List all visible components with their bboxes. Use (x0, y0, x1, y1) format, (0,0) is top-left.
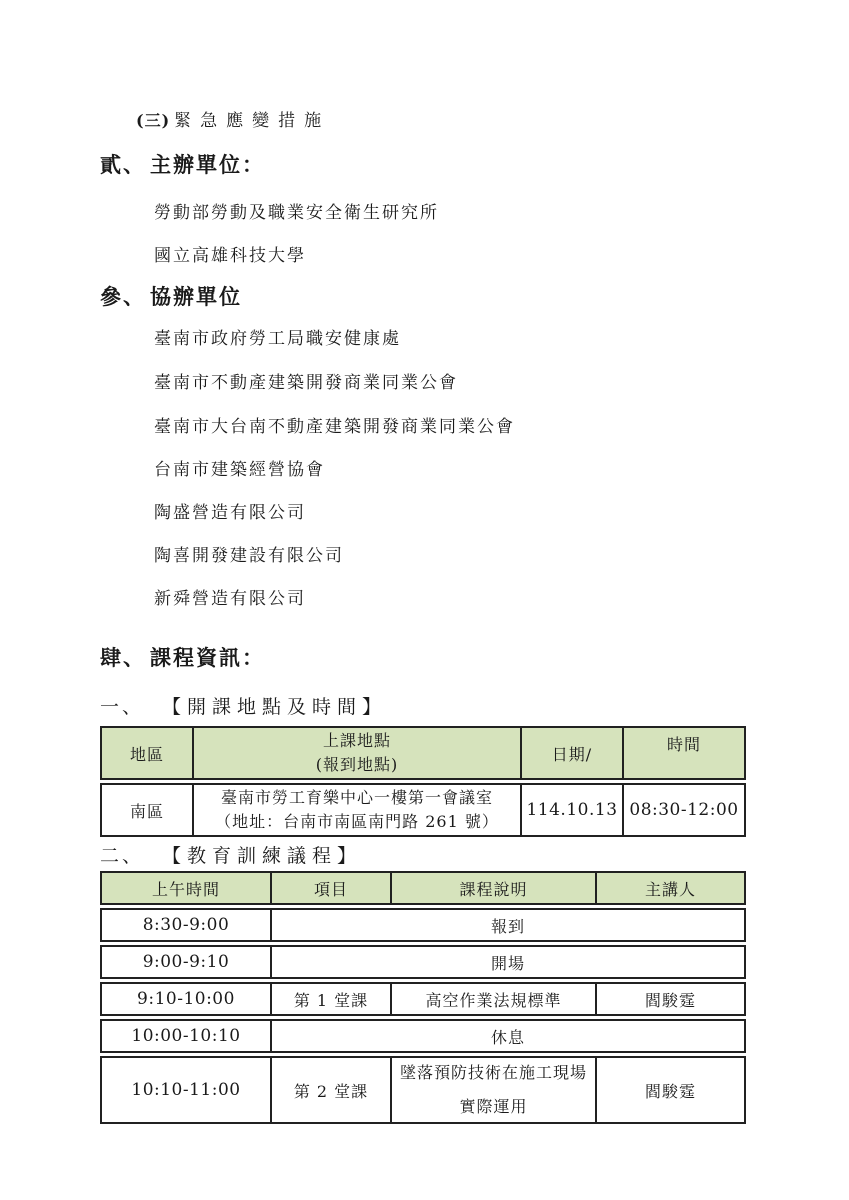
agenda-lesson2-desc: 墜落預防技術在施工現場 實際運用 (390, 1056, 595, 1124)
location-cell-venue-line2: （地址：台南市南區南門路 261 號） (196, 810, 518, 834)
agenda-opening-time: 9:00-9:10 (100, 945, 270, 979)
location-cell-venue: 臺南市勞工育樂中心一樓第一會議室 （地址：台南市南區南門路 261 號） (192, 783, 520, 837)
agenda-header-speaker: 主講人 (595, 871, 746, 905)
section-host-title: 主辦單位： (150, 152, 265, 177)
location-header-region: 地區 (100, 726, 192, 780)
location-cell-venue-line1: 臺南市勞工育樂中心一樓第一會議室 (196, 786, 518, 810)
agenda-break-time: 10:00-10:10 (100, 1019, 270, 1053)
agenda-header-time: 上午時間 (100, 871, 270, 905)
agenda-lesson1-item: 第 1 堂課 (270, 982, 390, 1016)
location-cell-time: 08:30-12:00 (622, 783, 746, 837)
agenda-header-desc: 課程說明 (390, 871, 595, 905)
agenda-lesson2-time: 10:10-11:00 (100, 1056, 270, 1124)
section-coorg-title: 協辦單位 (150, 284, 242, 309)
section-heading-course: 肆、課程資訊： (100, 642, 265, 672)
agenda-row-opening: 9:00-9:10 開場 (100, 945, 746, 979)
subsection-agenda: 二、【教育訓練議程】 (100, 841, 362, 868)
agenda-lesson2-speaker: 閻駿霆 (595, 1056, 746, 1124)
section-coorg-number: 參、 (100, 281, 150, 311)
location-header-venue-line2: (報到地點) (196, 753, 518, 777)
agenda-header-row: 上午時間 項目 課程說明 主講人 (100, 871, 746, 905)
subsection-agenda-title: 【教育訓練議程】 (162, 845, 362, 867)
document-page: (三)緊急應變措施 貳、主辦單位： 勞動部勞動及職業安全衛生研究所 國立高雄科技… (0, 0, 849, 1200)
list-item-3-prefix: (三) (136, 111, 170, 130)
section-host-number: 貳、 (100, 149, 150, 179)
location-table: 地區 上課地點 (報到地點) 日期/ 時間 南區 臺南市勞工育樂中心一樓第一會議… (100, 723, 746, 840)
section-course-title: 課程資訊： (150, 645, 265, 670)
coorg-6: 陶喜開發建設有限公司 (154, 541, 344, 566)
agenda-row-lesson2: 10:10-11:00 第 2 堂課 墜落預防技術在施工現場 實際運用 閻駿霆 (100, 1056, 746, 1124)
subsection-location-title: 【開課地點及時間】 (162, 696, 387, 718)
agenda-table: 上午時間 項目 課程說明 主講人 8:30-9:00 報到 9:00-9:10 … (100, 868, 746, 1127)
coorg-3: 臺南市大台南不動產建築開發商業同業公會 (154, 412, 515, 437)
list-item-3: (三)緊急應變措施 (136, 106, 330, 131)
agenda-header-item: 項目 (270, 871, 390, 905)
agenda-lesson2-item: 第 2 堂課 (270, 1056, 390, 1124)
subsection-location-number: 一、 (100, 692, 162, 719)
location-header-date: 日期/ (520, 726, 622, 780)
location-row-south: 南區 臺南市勞工育樂中心一樓第一會議室 （地址：台南市南區南門路 261 號） … (100, 783, 746, 837)
coorg-4: 台南市建築經營協會 (154, 455, 325, 480)
location-cell-region: 南區 (100, 783, 192, 837)
agenda-opening-content: 開場 (270, 945, 746, 979)
agenda-lesson1-speaker: 閻駿霆 (595, 982, 746, 1016)
agenda-lesson1-desc: 高空作業法規標準 (390, 982, 595, 1016)
section-course-number: 肆、 (100, 642, 150, 672)
location-header-venue: 上課地點 (報到地點) (192, 726, 520, 780)
agenda-lesson1-time: 9:10-10:00 (100, 982, 270, 1016)
agenda-lesson2-desc-line2: 實際運用 (394, 1097, 593, 1118)
subsection-location: 一、【開課地點及時間】 (100, 692, 387, 719)
agenda-checkin-content: 報到 (270, 908, 746, 942)
location-header-venue-line1: 上課地點 (196, 729, 518, 753)
location-header-row: 地區 上課地點 (報到地點) 日期/ 時間 (100, 726, 746, 780)
agenda-break-content: 休息 (270, 1019, 746, 1053)
coorg-7: 新舜營造有限公司 (154, 584, 306, 609)
subsection-agenda-number: 二、 (100, 841, 162, 868)
agenda-checkin-time: 8:30-9:00 (100, 908, 270, 942)
location-cell-date: 114.10.13 (520, 783, 622, 837)
agenda-lesson2-desc-line1: 墜落預防技術在施工現場 (394, 1063, 593, 1084)
coorg-2: 臺南市不動產建築開發商業同業公會 (154, 368, 458, 393)
host-org-2: 國立高雄科技大學 (154, 241, 306, 266)
section-heading-coorg: 參、協辦單位 (100, 281, 242, 311)
agenda-row-break: 10:00-10:10 休息 (100, 1019, 746, 1053)
host-org-1: 勞動部勞動及職業安全衛生研究所 (154, 198, 439, 223)
agenda-row-checkin: 8:30-9:00 報到 (100, 908, 746, 942)
coorg-1: 臺南市政府勞工局職安健康處 (154, 324, 401, 349)
section-heading-host: 貳、主辦單位： (100, 149, 265, 179)
list-item-3-text: 緊急應變措施 (174, 111, 330, 131)
coorg-5: 陶盛營造有限公司 (154, 498, 306, 523)
agenda-row-lesson1: 9:10-10:00 第 1 堂課 高空作業法規標準 閻駿霆 (100, 982, 746, 1016)
location-header-time: 時間 (622, 726, 746, 780)
